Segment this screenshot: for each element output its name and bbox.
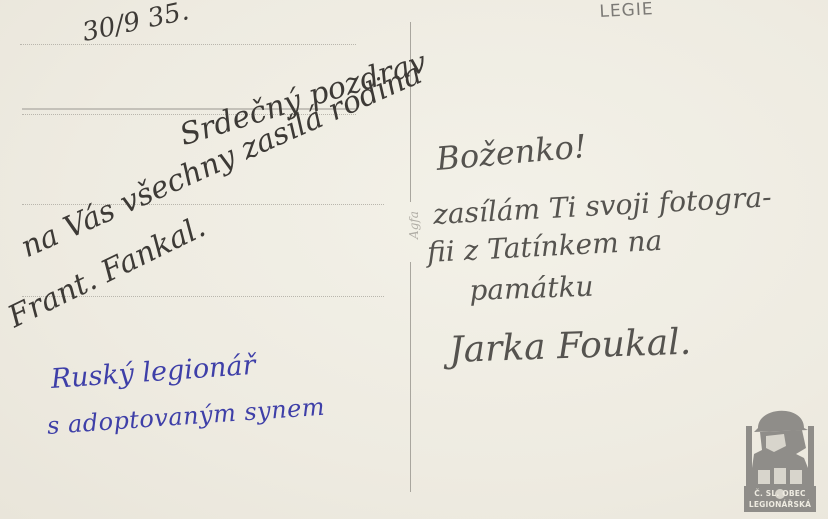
right-message-greeting: Boženko! xyxy=(435,127,588,178)
right-message-signature: Jarka Foukal. xyxy=(449,322,692,371)
center-divider-bottom xyxy=(410,262,411,492)
agfa-brand-mark: Agfa xyxy=(407,211,421,239)
archive-stamp: LEGIE xyxy=(599,0,654,22)
logo-text-line-2: LEGIONÁŘSKÁ xyxy=(744,500,816,509)
right-message-line-3: památku xyxy=(469,270,594,307)
left-message-line-2: na Vás všechny zasílá rodina xyxy=(16,56,427,265)
date: 30/9 35. xyxy=(80,0,192,48)
right-message-line-2: fii z Tatínkem na xyxy=(426,224,663,269)
logo-text-line-1: Č. SL. OBEC xyxy=(744,489,816,498)
right-message-line-1: zasílám Ti svoji fotogra- xyxy=(432,180,772,231)
legion-association-logo: Č. SL. OBEC LEGIONÁŘSKÁ xyxy=(744,396,816,512)
annotation-line-1: Ruský legionář xyxy=(50,350,257,395)
postcard-back: Agfa LEGIE 30/9 35. Srdečný pozdrav na V… xyxy=(0,0,828,519)
annotation-line-2: s adoptovaným synem xyxy=(46,393,326,440)
address-line-1 xyxy=(20,44,356,45)
